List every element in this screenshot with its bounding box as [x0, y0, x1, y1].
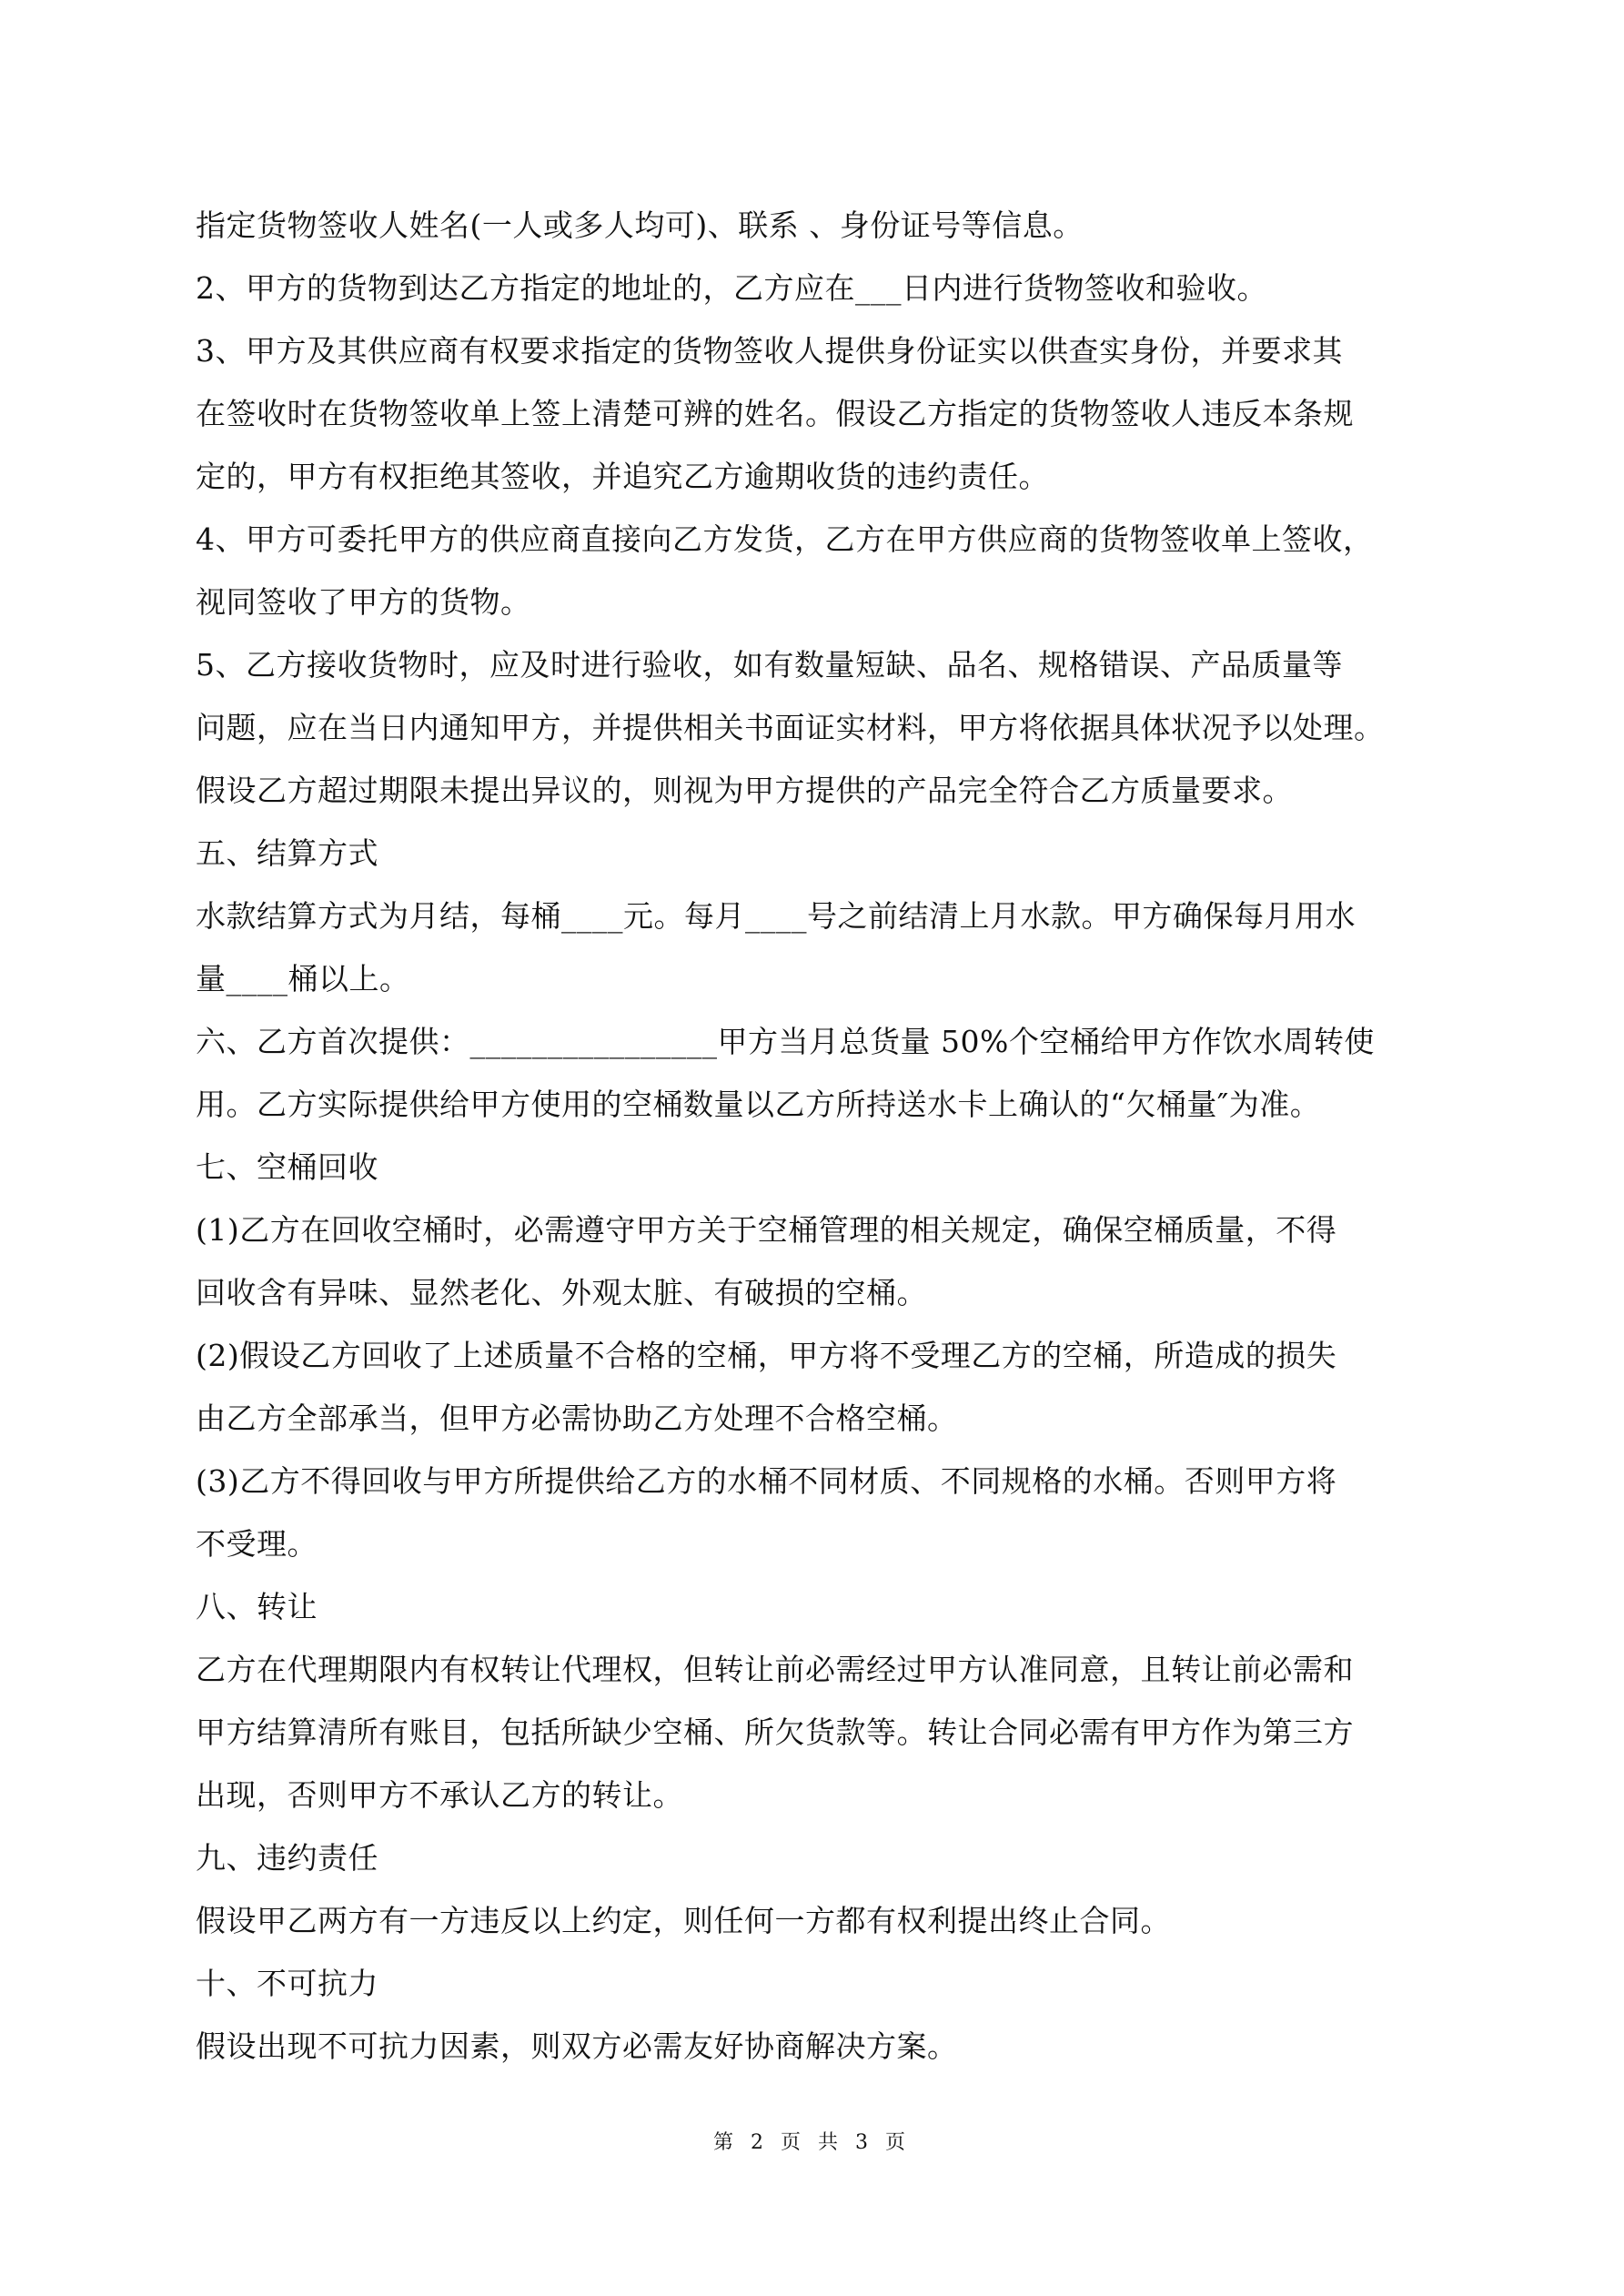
paragraph-line: 水款结算方式为月结，每桶____元。每月____号之前结清上月水款。甲方确保每月…	[196, 896, 1433, 936]
paragraph-line: 3、甲方及其供应商有权要求指定的货物签收人提供身份证实以供查实身份，并要求其	[196, 331, 1433, 371]
paragraph-line: 六、乙方首次提供：________________甲方当月总货量 50%个空桶给…	[196, 1022, 1433, 1062]
paragraph-line: (2)假设乙方回收了上述质量不合格的空桶，甲方将不受理乙方的空桶，所造成的损失	[196, 1336, 1433, 1376]
paragraph-line: 用。乙方实际提供给甲方使用的空桶数量以乙方所持送水卡上确认的“欠桶量″为准。	[196, 1085, 1433, 1125]
paragraph-line: 回收含有异味、显然老化、外观太脏、有破损的空桶。	[196, 1273, 1433, 1313]
paragraph-line: 视同签收了甲方的货物。	[196, 582, 1433, 622]
document-page: 指定货物签收人姓名(一人或多人均可)、联系 、身份证号等信息。 2、甲方的货物到…	[0, 0, 1624, 2296]
page-number-footer: 第 2 页 共 3 页	[0, 2129, 1624, 2157]
paragraph-line: 甲方结算清所有账目，包括所缺少空桶、所欠货款等。转让合同必需有甲方作为第三方	[196, 1713, 1433, 1753]
paragraph-line: 在签收时在货物签收单上签上清楚可辨的姓名。假设乙方指定的货物签收人违反本条规	[196, 394, 1433, 434]
paragraph-line: 定的，甲方有权拒绝其签收，并追究乙方逾期收货的违约责任。	[196, 457, 1433, 497]
paragraph-line: 由乙方全部承当，但甲方必需协助乙方处理不合格空桶。	[196, 1399, 1433, 1439]
paragraph-line: 不受理。	[196, 1524, 1433, 1564]
paragraph-line: (1)乙方在回收空桶时，必需遵守甲方关于空桶管理的相关规定，确保空桶质量，不得	[196, 1210, 1433, 1250]
paragraph-line: 问题，应在当日内通知甲方，并提供相关书面证实材料，甲方将依据具体状况予以处理。	[196, 708, 1433, 748]
section-heading: 九、违约责任	[196, 1838, 1433, 1878]
paragraph-line: 量____桶以上。	[196, 959, 1433, 999]
section-heading: 七、空桶回收	[196, 1148, 1433, 1188]
paragraph-line: 出现，否则甲方不承认乙方的转让。	[196, 1775, 1433, 1816]
paragraph-line: (3)乙方不得回收与甲方所提供给乙方的水桶不同材质、不同规格的水桶。否则甲方将	[196, 1462, 1433, 1502]
paragraph-line: 2、甲方的货物到达乙方指定的地址的，乙方应在___日内进行货物签收和验收。	[196, 268, 1433, 308]
paragraph-line: 5、乙方接收货物时，应及时进行验收，如有数量短缺、品名、规格错误、产品质量等	[196, 645, 1433, 685]
paragraph-line: 假设出现不可抗力因素，则双方必需友好协商解决方案。	[196, 2027, 1433, 2067]
paragraph-line: 假设甲乙两方有一方违反以上约定，则任何一方都有权利提出终止合同。	[196, 1901, 1433, 1941]
paragraph-line: 假设乙方超过期限未提出异议的，则视为甲方提供的产品完全符合乙方质量要求。	[196, 771, 1433, 811]
section-heading: 八、转让	[196, 1587, 1433, 1627]
paragraph-line: 指定货物签收人姓名(一人或多人均可)、联系 、身份证号等信息。	[196, 206, 1433, 246]
paragraph-line: 乙方在代理期限内有权转让代理权，但转让前必需经过甲方认准同意，且转让前必需和	[196, 1650, 1433, 1690]
section-heading: 五、结算方式	[196, 834, 1433, 874]
paragraph-line: 4、甲方可委托甲方的供应商直接向乙方发货，乙方在甲方供应商的货物签收单上签收，	[196, 520, 1433, 560]
section-heading: 十、不可抗力	[196, 1964, 1433, 2004]
